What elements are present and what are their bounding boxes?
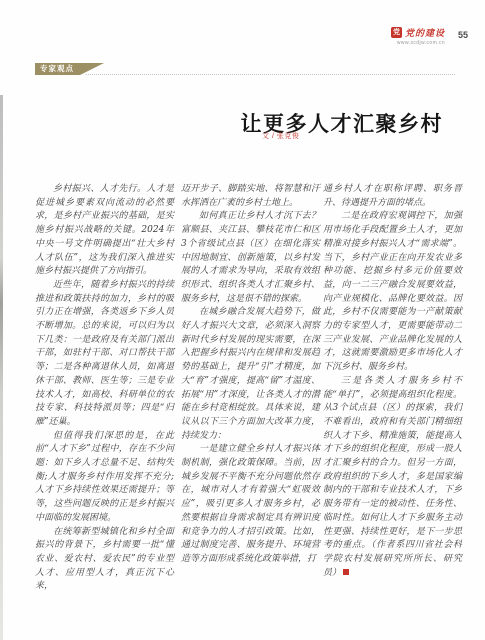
paragraph: 但值得我们深思的是，在此前“人才下乡”过程中，存在不少问题：如下乡人才总量不足、… — [35, 430, 174, 526]
logo-url-text: www.scdjw.com.cn — [391, 40, 445, 46]
article-end-mark-icon — [343, 569, 349, 575]
paragraph: 在统筹新型城镇化和乡村全面振兴的背景下，乡村需要一批“懂农业、爱农村、爱农民”的… — [35, 526, 174, 595]
paragraph: 近些年，随着乡村振兴的持续推进和政策扶持的加力，乡村的吸引力正在增强，各类返乡下… — [35, 279, 174, 430]
header-dotted-rule — [86, 74, 455, 75]
paragraph: 一是建立健全乡村人才振兴体制机制，强化政策保障。当前，因城乡发展不平衡不充分问题… — [181, 443, 320, 566]
paragraph-continuation: 迈开步子、脚踏实地、将智慧和汗水挥洒在广袤的乡村土地上。 — [181, 183, 320, 210]
body-column-1: 乡村振兴、人才先行。人才是促进城乡要素双向流动的必然要求，是乡村产业振兴的基础，… — [35, 183, 174, 594]
paragraph-text: 三是各类人才服务乡村不能“单打”，必须提高组织化程度。从3个试点县（区）的探索，… — [323, 376, 462, 578]
paragraph-continuation: 通乡村人才在职称评聘、职务晋升、待遇提升方面的堵点。 — [323, 183, 462, 210]
body-column-2: 迈开步子、脚踏实地、将智慧和汗水挥洒在广袤的乡村土地上。 如何真正让乡村人才沉下… — [181, 183, 320, 567]
page-number: 55 — [458, 30, 468, 40]
paragraph: 二是在政府宏观调控下，加强用市场化手段配置乡土人才，更加精准对接乡村振兴人才“需… — [323, 210, 462, 374]
magazine-logo: 党 党的建设 www.scdjw.com.cn — [391, 26, 445, 46]
body-column-3: 通乡村人才在职称评聘、职务晋升、待遇提升方面的堵点。 二是在政府宏观调控下，加强… — [323, 183, 462, 580]
section-tag-ribbon: 专家观点 — [35, 63, 80, 75]
paragraph: 如何真正让乡村人才沉下去？富顺县、夹江县、攀枝花市仁和区3个省级试点县（区）在细… — [181, 210, 320, 306]
page-binding-edge — [0, 95, 3, 640]
logo-brand-text: 党的建设 — [405, 26, 445, 39]
paragraph: 在城乡融合发展大趋势下，做好人才振兴大文章，必须深入洞察新时代乡村发展的现实需要… — [181, 306, 320, 443]
paragraph: 乡村振兴、人才先行。人才是促进城乡要素双向流动的必然要求，是乡村产业振兴的基础，… — [35, 183, 174, 279]
magazine-page: 党 党的建设 www.scdjw.com.cn 55 专家观点 让更多人才汇聚乡… — [0, 0, 485, 640]
article-byline: 文 / 张克俊 — [262, 131, 299, 141]
logo-seal-icon: 党 — [391, 27, 402, 38]
paragraph: 三是各类人才服务乡村不能“单打”，必须提高组织化程度。从3个试点县（区）的探索，… — [323, 375, 462, 581]
